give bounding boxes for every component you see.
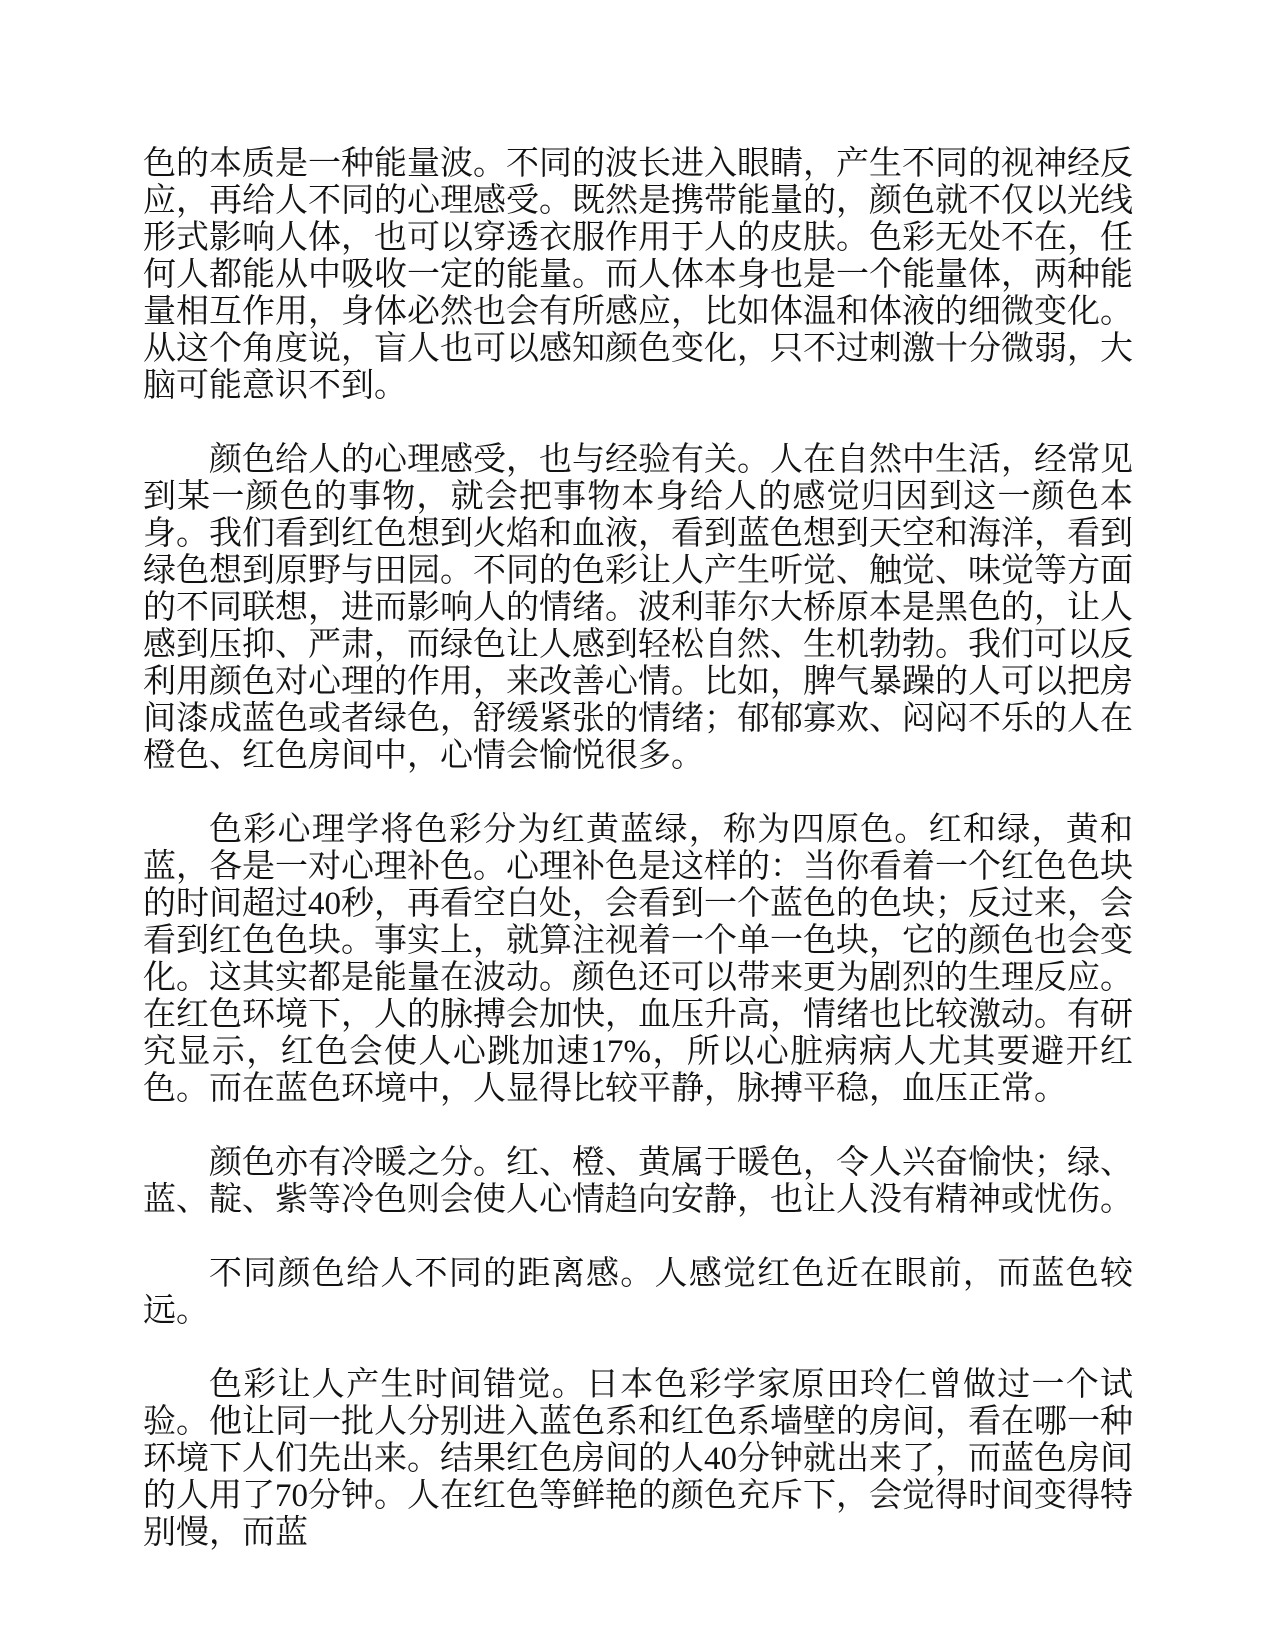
text-column: 色的本质是一种能量波。不同的波长进入眼睛，产生不同的视神经反应，再给人不同的心理…	[143, 146, 1133, 1552]
paragraph: 色彩心理学将色彩分为红黄蓝绿，称为四原色。红和绿，黄和蓝，各是一对心理补色。心理…	[143, 812, 1133, 1108]
paragraph: 色的本质是一种能量波。不同的波长进入眼睛，产生不同的视神经反应，再给人不同的心理…	[143, 146, 1133, 405]
paragraph: 不同颜色给人不同的距离感。人感觉红色近在眼前，而蓝色较远。	[143, 1256, 1133, 1330]
paragraph: 颜色给人的心理感受，也与经验有关。人在自然中生活，经常见到某一颜色的事物，就会把…	[143, 442, 1133, 775]
paragraph: 颜色亦有冷暖之分。红、橙、黄属于暖色，令人兴奋愉快；绿、蓝、靛、紫等冷色则会使人…	[143, 1145, 1133, 1219]
paragraph: 色彩让人产生时间错觉。日本色彩学家原田玲仁曾做过一个试验。他让同一批人分别进入蓝…	[143, 1367, 1133, 1552]
document-page: 色的本质是一种能量波。不同的波长进入眼睛，产生不同的视神经反应，再给人不同的心理…	[0, 0, 1275, 1650]
